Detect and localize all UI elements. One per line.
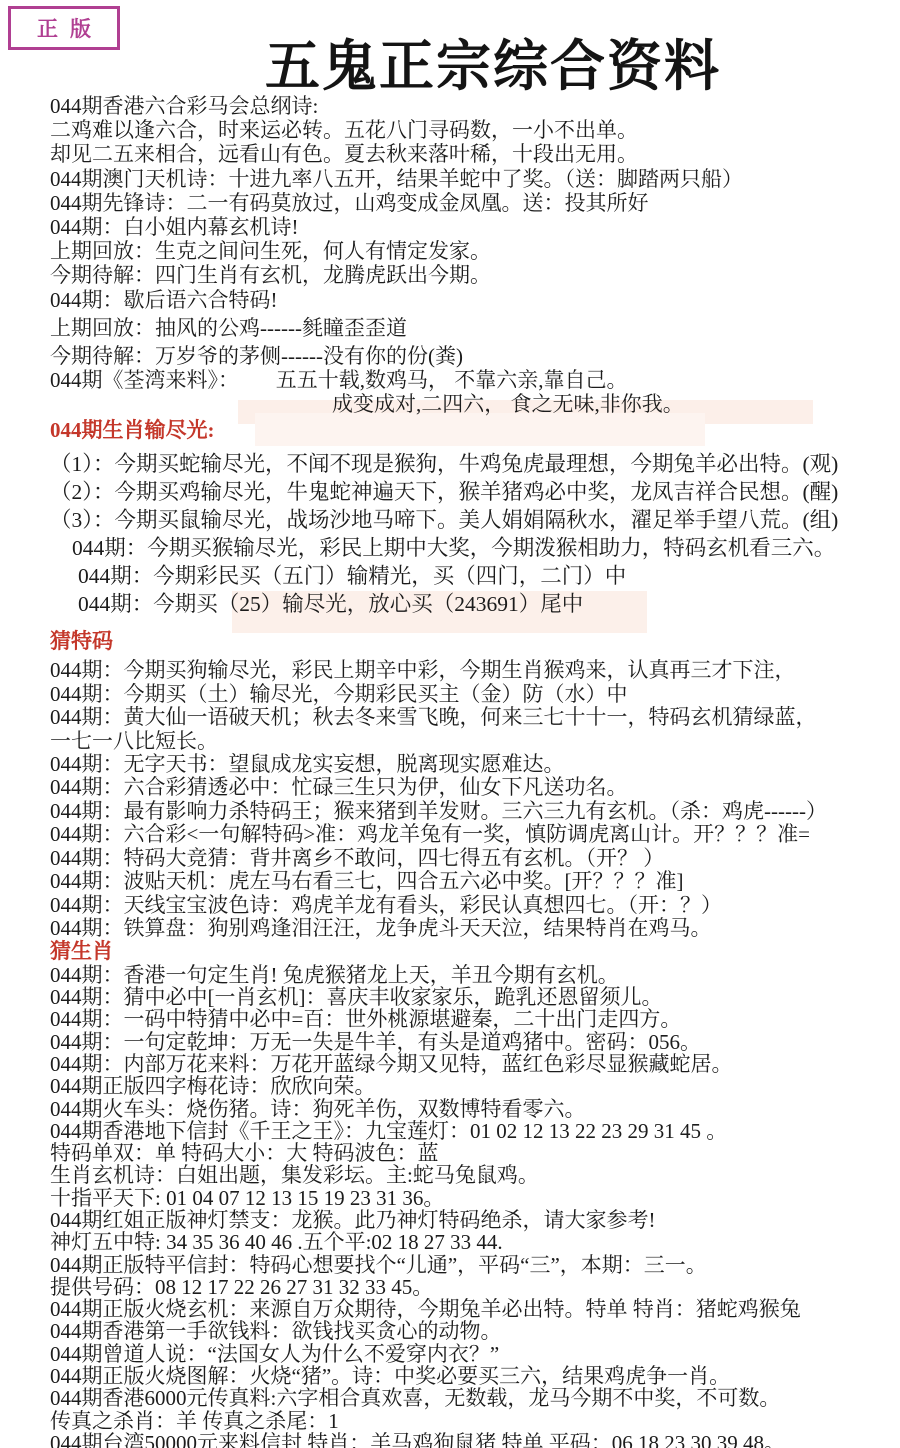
text-line: 044期曾道人说：“法国女人为什么不爱穿内衣？” — [50, 1343, 900, 1365]
text-line: 044期先锋诗：二一有码莫放过，山鸡变成金凤凰。送：投其所好 — [50, 191, 900, 215]
text-line: 044期香港六合彩马会总纲诗: — [50, 94, 900, 118]
text-line: 上期回放：抽风的公鸡------毵瞳歪歪道 — [50, 316, 900, 340]
text-line: 044期正版火烧玄机：来源自万众期待，今期兔羊必出特。特单 特肖：猪蛇鸡猴兔 — [50, 1298, 900, 1320]
text-line: 二鸡难以逢六合，时来运必转。五花八门寻码数，一小不出单。 — [50, 118, 900, 142]
text-line: 044期火车头：烧伤猪。诗：狗死羊伤，双数博特看零六。 — [50, 1098, 900, 1120]
text-line: 044期正版火烧图解：火烧“猪”。诗：中奖必要买三六，结果鸡虎争一肖。 — [50, 1365, 900, 1387]
text-line: 成变成对,二四六， 食之无味,非你我。 — [50, 392, 900, 416]
text-line: 044期澳门天机诗：十进九率八五开，结果羊蛇中了奖。（送：脚踏两只船） — [50, 167, 900, 191]
text-line: 044期：黄大仙一语破天机；秋去冬来雪飞晚，何来三七十十一，特码玄机猜绿蓝， — [50, 706, 900, 729]
text-line: 044期：一句定乾坤：万无一失是牛羊，有头是道鸡猪中。密码：056。 — [50, 1031, 900, 1053]
text-line: 044期：波贴天机：虎左马右看三七，四合五六必中奖。[开？？？准] — [50, 870, 900, 893]
text-line: 044期正版四字梅花诗：欣欣向荣。 — [50, 1075, 900, 1097]
text-line: 一七一八比短长。 — [50, 730, 900, 753]
text-line: （2）：今期买鸡输尽光，牛鬼蛇神遍天下，猴羊猪鸡必中奖，龙凤吉祥合民想。(醒) — [50, 478, 900, 506]
text-line: 044期：六合彩<一句解特码>准：鸡龙羊兔有一奖，慎防调虎离山计。开？？？准= — [50, 823, 900, 846]
text-line: 044期：白小姐内幕玄机诗! — [50, 215, 900, 239]
text-line: 044期：无字天书：望鼠成龙实妄想，脱离现实愿难达。 — [50, 753, 900, 776]
text-line: 特码单双：单 特码大小：大 特码波色：蓝 — [50, 1142, 900, 1164]
text-line: 044期香港地下信封《千王之王》：九宝莲灯：01 02 12 13 22 23 … — [50, 1120, 900, 1142]
text-line: 044期《荃湾来料》： 五五十载,数鸡马， 不靠六亲,靠自己。 — [50, 368, 900, 392]
text-line: 044期台湾50000元来料信封 特肖：羊马鸡狗鼠猪 特单 平码：06 18 2… — [50, 1432, 900, 1448]
text-line: 今期待解：万岁爷的茅侧------没有你的份(粪) — [50, 344, 900, 368]
text-line: 神灯五中特: 34 35 36 40 46 .五个平:02 18 27 33 4… — [50, 1231, 900, 1253]
text-line: 044期：铁算盘：狗别鸡逢泪汪汪，龙争虎斗天天泣，结果特肖在鸡马。 — [50, 917, 900, 940]
text-line: 044期：猜中必中[一肖玄机]：喜庆丰收家家乐，跪乳还恩留须儿。 — [50, 986, 900, 1008]
page-title: 五鬼正宗综合资料 — [0, 22, 900, 101]
text-line: （1）：今期买蛇输尽光，不闻不现是猴狗，牛鸡兔虎最理想，今期兔羊必出特。(观) — [50, 450, 900, 478]
text-line: （3）：今期买鼠输尽光，战场沙地马啼下。美人娟娟隔秋水，濯足举手望八荒。(组) — [50, 506, 900, 534]
text-line: 044期香港6000元传真料:六字相合真欢喜，无数载，龙马今期不中奖，不可数。 — [50, 1387, 900, 1409]
text-line: 044期：特码大竞猜：背井离乡不敢问，四七得五有玄机。（开？ ） — [50, 847, 900, 870]
text-line: 生肖玄机诗：白姐出题，集发彩坛。主:蛇马兔鼠鸡。 — [50, 1164, 900, 1186]
text-line: 044期：香港一句定生肖! 兔虎猴猪龙上天，羊丑今期有玄机。 — [50, 964, 900, 986]
text-line: 提供号码：08 12 17 22 26 27 31 32 33 45。 — [50, 1276, 900, 1298]
text-line: 044期：今期彩民买（五门）输精光，买（四门，二门）中 — [50, 562, 900, 590]
text-line: 044期红姐正版神灯禁支：龙猴。此乃神灯特码绝杀，请大家参考! — [50, 1209, 900, 1231]
text-line: 044期：今期买（土）输尽光，今期彩民买主（金）防（水）中 — [50, 683, 900, 706]
text-line: 今期待解：四门生肖有玄机，龙腾虎跃出今期。 — [50, 263, 900, 287]
text-line: 044期：今期买狗输尽光，彩民上期辛中彩，今期生肖猴鸡来，认真再三才下注， — [50, 659, 900, 682]
text-line: 十指平天下: 01 04 07 12 13 15 19 23 31 36。 — [50, 1187, 900, 1209]
text-line: 044期：内部万花来料：万花开蓝绿今期又见特，蓝红色彩尽显猴藏蛇居。 — [50, 1053, 900, 1075]
text-line: 044期：今期买（25）输尽光，放心买（243691）尾中 — [50, 590, 900, 618]
text-line: 044期：最有影响力杀特码王；猴来猪到羊发财。三六三九有玄机。（杀：鸡虎----… — [50, 800, 900, 823]
text-line: 044期：今期买猴输尽光，彩民上期中大奖，今期泼猴相助力，特码玄机看三六。 — [50, 534, 900, 562]
text-line: 猜生肖 — [50, 940, 900, 963]
text-line: 044期：歇后语六合特码! — [50, 288, 900, 312]
text-line: 044期生肖输尽光: — [50, 419, 900, 442]
text-line: 044期香港第一手欲钱料：欲钱找买贪心的动物。 — [50, 1320, 900, 1342]
text-line: 猜特码 — [50, 630, 900, 653]
text-line: 传真之杀肖：羊 传真之杀尾：1 — [50, 1410, 900, 1432]
text-line: 上期回放：生克之间问生死，何人有情定发家。 — [50, 239, 900, 263]
content-lines: 044期香港六合彩马会总纲诗:二鸡难以逢六合，时来运必转。五花八门寻码数，一小不… — [50, 94, 900, 1448]
text-line: 却见二五来相合，远看山有色。夏去秋来落叶稀，十段出无用。 — [50, 142, 900, 166]
text-line: 044期：天线宝宝波色诗：鸡虎羊龙有看头，彩民认真想四七。（开：？） — [50, 894, 900, 917]
text-line: 044期：一码中特猜中必中=百：世外桃源堪避秦，二十出门走四方。 — [50, 1008, 900, 1030]
text-line: 044期正版特平信封：特码心想要找个“儿通”，平码“三”，本期：三一。 — [50, 1254, 900, 1276]
text-line: 044期：六合彩猜透必中：忙碌三生只为伊，仙女下凡送功名。 — [50, 776, 900, 799]
